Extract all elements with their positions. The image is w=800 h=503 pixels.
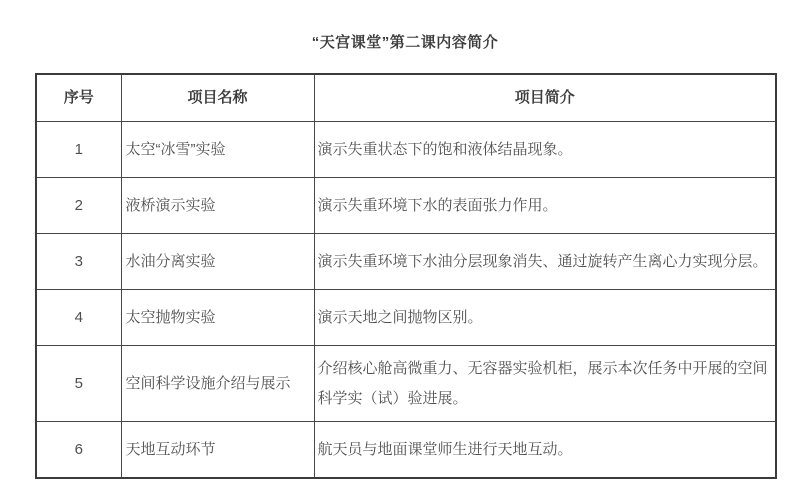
project-name-cell: 天地互动环节 <box>121 422 314 478</box>
project-desc-cell: 航天员与地面课堂师生进行天地互动。 <box>314 422 776 478</box>
header-no: 序号 <box>36 74 121 122</box>
table-header-row: 序号 项目名称 项目简介 <box>36 74 776 122</box>
project-desc-cell: 介绍核心舱高微重力、无容器实验机柜，展示本次任务中开展的空间科学实（试）验进展。 <box>314 346 776 422</box>
document-page: “天宫课堂”第二课内容简介 序号 项目名称 项目简介 1 太空“冰雪”实验 演示… <box>35 0 775 479</box>
row-number-cell: 3 <box>36 234 121 290</box>
header-project-name: 项目名称 <box>121 74 314 122</box>
project-desc-cell: 演示失重环境下水油分层现象消失、通过旋转产生离心力实现分层。 <box>314 234 776 290</box>
table-row: 3 水油分离实验 演示失重环境下水油分层现象消失、通过旋转产生离心力实现分层。 <box>36 234 776 290</box>
table-row: 5 空间科学设施介绍与展示 介绍核心舱高微重力、无容器实验机柜，展示本次任务中开… <box>36 346 776 422</box>
table-row: 4 太空抛物实验 演示天地之间抛物区别。 <box>36 290 776 346</box>
project-name-cell: 空间科学设施介绍与展示 <box>121 346 314 422</box>
project-name-cell: 太空抛物实验 <box>121 290 314 346</box>
project-name-cell: 太空“冰雪”实验 <box>121 122 314 178</box>
row-number-cell: 1 <box>36 122 121 178</box>
table-row: 2 液桥演示实验 演示失重环境下水的表面张力作用。 <box>36 178 776 234</box>
project-desc-cell: 演示天地之间抛物区别。 <box>314 290 776 346</box>
project-desc-cell: 演示失重状态下的饱和液体结晶现象。 <box>314 122 776 178</box>
lesson-content-table: 序号 项目名称 项目简介 1 太空“冰雪”实验 演示失重状态下的饱和液体结晶现象… <box>35 73 777 479</box>
row-number-cell: 4 <box>36 290 121 346</box>
project-desc-cell: 演示失重环境下水的表面张力作用。 <box>314 178 776 234</box>
row-number-cell: 2 <box>36 178 121 234</box>
table-row: 6 天地互动环节 航天员与地面课堂师生进行天地互动。 <box>36 422 776 478</box>
row-number-cell: 6 <box>36 422 121 478</box>
page-title: “天宫课堂”第二课内容简介 <box>35 0 775 52</box>
header-project-desc: 项目简介 <box>314 74 776 122</box>
project-name-cell: 水油分离实验 <box>121 234 314 290</box>
table-row: 1 太空“冰雪”实验 演示失重状态下的饱和液体结晶现象。 <box>36 122 776 178</box>
row-number-cell: 5 <box>36 346 121 422</box>
project-name-cell: 液桥演示实验 <box>121 178 314 234</box>
